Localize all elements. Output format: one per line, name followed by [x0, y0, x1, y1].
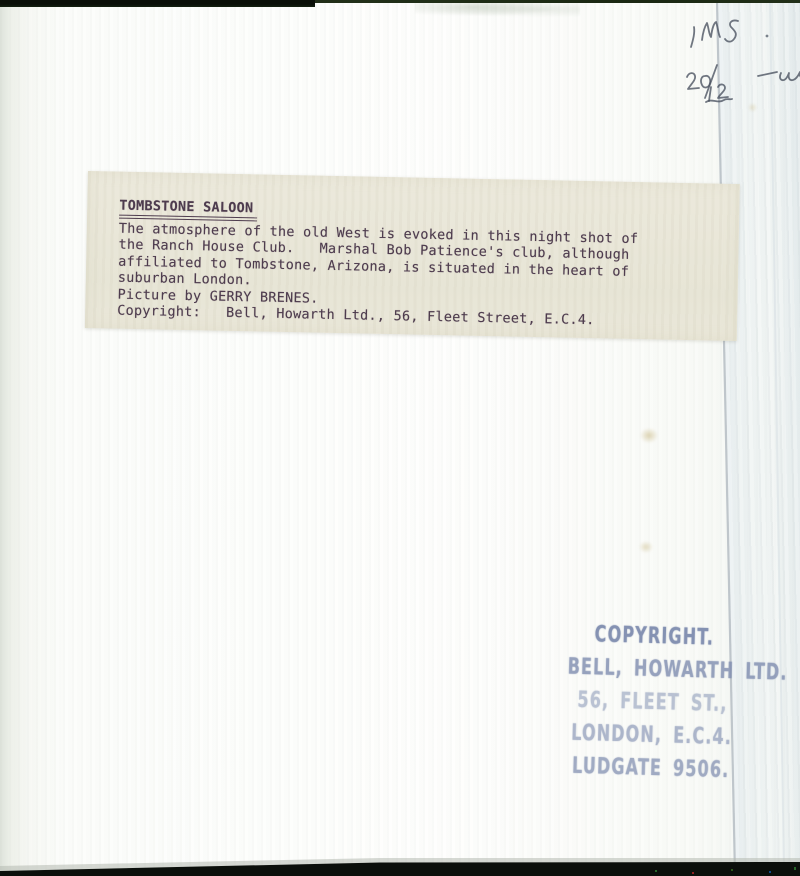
stain-spot: [639, 541, 653, 553]
scanner-edge-bottom: [0, 854, 800, 876]
photo-verso-scan: TOMBSTONE SALOON The atmosphere of the o…: [0, 0, 800, 876]
scanner-edge-top-thick: [0, 0, 315, 7]
label-title-text: TOMBSTONE SALOON: [119, 198, 257, 221]
scanner-noise-smudge: [415, 1, 580, 18]
stamp-line: LUDGATE 9506.: [564, 750, 736, 788]
stamp-line: 56, FLEET ST.,: [566, 684, 738, 722]
pencil-note-ins: [691, 20, 768, 47]
copyright-stamp: COPYRIGHT. BELL, HOWARTH LTD. 56, FLEET …: [533, 617, 773, 788]
handwritten-note: [650, 10, 800, 110]
stamp-line: BELL, HOWARTH LTD.: [567, 651, 739, 689]
pencil-note-date: [687, 65, 800, 102]
caption-label: TOMBSTONE SALOON The atmosphere of the o…: [85, 171, 740, 341]
stamp-line: LONDON, E.C.4.: [565, 717, 737, 755]
stain-spot: [640, 428, 658, 443]
stamp-line: COPYRIGHT.: [568, 618, 740, 656]
